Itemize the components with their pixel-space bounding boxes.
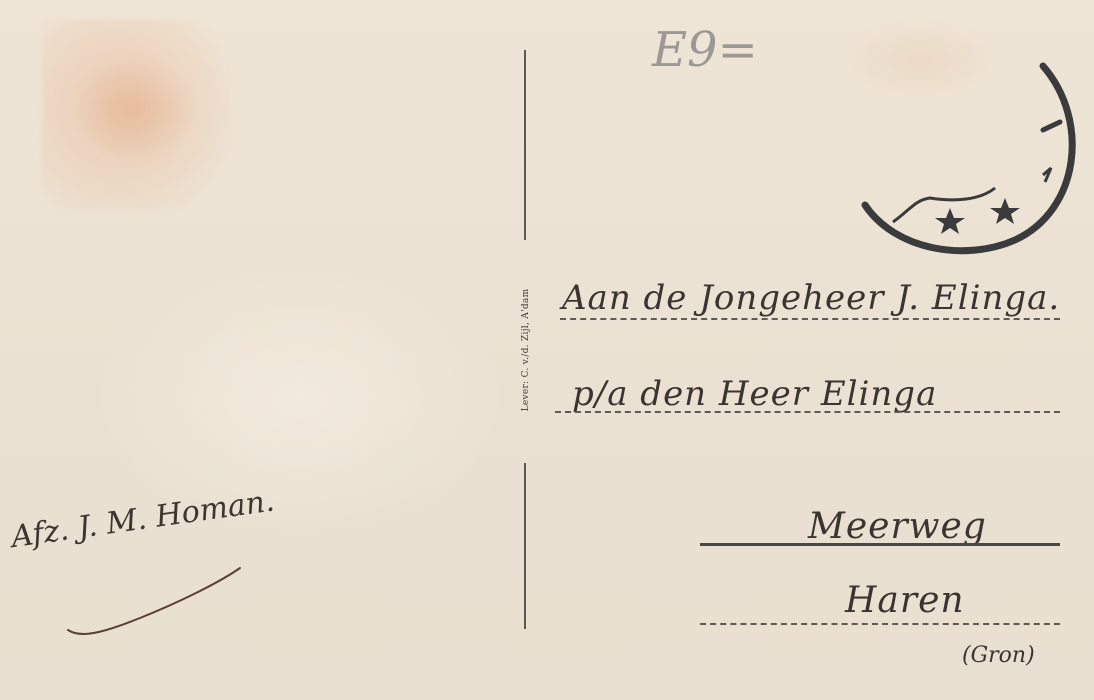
address-line-4: Haren bbox=[845, 580, 965, 621]
address-guide-line bbox=[700, 543, 1060, 546]
stamp-stain-mark bbox=[42, 20, 232, 210]
signature-flourish-icon bbox=[60, 560, 250, 640]
pencil-price-note: E9= bbox=[652, 22, 758, 78]
printer-imprint: Lever: C. v./d. Zijl, A'dam bbox=[521, 289, 531, 412]
postcard-back: Lever: C. v./d. Zijl, A'dam E9= Aan de J… bbox=[0, 0, 1094, 700]
address-guide-line bbox=[700, 623, 1060, 625]
address-guide-line bbox=[560, 318, 1060, 320]
sender-name: Afz. J. M. Homan. bbox=[9, 483, 276, 555]
address-guide-line bbox=[555, 411, 1060, 413]
center-divider-line bbox=[524, 50, 526, 240]
address-line-5: (Gron) bbox=[962, 643, 1035, 668]
address-line-1: Aan de Jongeheer J. Elinga. bbox=[562, 278, 1060, 318]
center-divider-line bbox=[524, 463, 526, 629]
address-line-3: Meerweg bbox=[808, 506, 987, 547]
postmark-icon bbox=[855, 60, 1090, 265]
address-line-2: p/a den Heer Elinga bbox=[572, 374, 937, 414]
